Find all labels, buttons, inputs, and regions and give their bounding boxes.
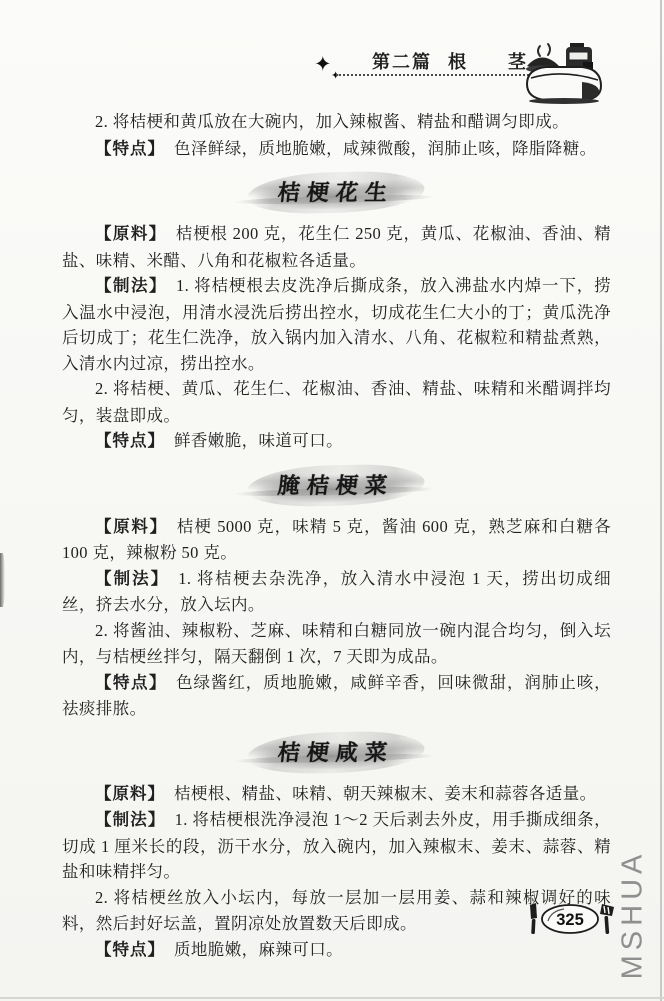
method-step-paragraph: 2. 将酱油、辣椒粉、芝麻、味精和白糖同放一碗内混合均匀，倒入坛内，与桔梗丝拌匀… [62, 618, 611, 670]
paragraph-text: 色泽鲜绿，质地脆嫩，咸辣微酸，润肺止咳，降脂降糖。 [174, 139, 597, 158]
method-paragraph: 【制法】1. 将桔梗去杂洗净，放入清水中浸泡 1 天，捞出切成细丝，挤去水分，放… [62, 566, 611, 618]
ingredients-paragraph: 【原料】桔梗根、精盐、味精、朝天辣椒末、姜末和蒜蓉各适量。 [62, 781, 611, 808]
recipe-title: 桔梗咸菜 [277, 736, 396, 767]
paragraph-label: 【特点】 [95, 432, 165, 450]
paragraph-label: 【特点】 [95, 140, 165, 158]
paragraph-text: 质地脆嫩，麻辣可口。 [174, 940, 343, 959]
paragraph-text: 桔梗根、精盐、味精、朝天辣椒末、姜末和蒜蓉各适量。 [174, 784, 597, 803]
steam-icon [538, 44, 550, 56]
method-paragraph: 【制法】1. 将桔梗根去皮洗净后撕成条，放入沸盐水内焯一下，捞入温水中浸泡，用清… [62, 273, 611, 376]
plate-oval: 325 [542, 905, 598, 933]
dotted-rule [336, 74, 548, 76]
paragraph-label: 【特点】 [95, 941, 165, 959]
book-page: ✦ ✦ 第二篇根 茎 [0, 0, 664, 1001]
intro-feature-paragraph: 【特点】色泽鲜绿，质地脆嫩，咸辣微酸，润肺止咳，降脂降糖。 [62, 136, 611, 163]
chapter-title: 根 茎 [448, 52, 528, 72]
watermark-text: MSHUA [617, 848, 650, 982]
part-title: 第二篇 [372, 52, 432, 72]
paragraph-label: 【原料】 [95, 518, 168, 536]
feature-paragraph: 【特点】鲜香嫩脆，味道可口。 [62, 428, 611, 455]
fork-icon [600, 904, 614, 934]
paragraph-label: 【原料】 [95, 225, 167, 243]
scan-edge-bottom [0, 997, 664, 999]
knife-icon [530, 903, 537, 934]
sparkle-icon: ✦ [314, 52, 332, 76]
food-illustration [520, 42, 614, 106]
recipe-section-header: 桔梗咸菜 [248, 732, 424, 773]
paragraph-label: 【制法】 [95, 277, 167, 295]
scan-edge-right [660, 0, 662, 1001]
recipe-title: 桔梗花生 [277, 176, 396, 207]
paragraph-label: 【特点】 [95, 674, 167, 692]
page-number: 325 [556, 911, 584, 929]
intro-step-paragraph: 2. 将桔梗和黄瓜放在大碗内，加入辣椒酱、精盐和醋调匀即成。 [62, 109, 611, 136]
recipe-section-header: 腌桔梗菜 [248, 465, 424, 506]
paragraph-text: 2. 将酱油、辣椒粉、芝麻、味精和白糖同放一碗内混合均匀，倒入坛内，与桔梗丝拌匀… [62, 621, 611, 667]
chapter-heading: 第二篇根 茎 [352, 48, 548, 74]
feature-paragraph: 【特点】色绿酱红，质地脆嫩，咸鲜辛香，回味微甜，润肺止咳，祛痰排脓。 [62, 670, 611, 722]
pot-icon [527, 67, 601, 104]
paragraph-label: 【原料】 [95, 785, 165, 803]
page-content: 2. 将桔梗和黄瓜放在大碗内，加入辣椒酱、精盐和醋调匀即成。 【特点】色泽鲜绿，… [62, 109, 611, 963]
paragraph-label: 【制法】 [95, 570, 169, 588]
paragraph-text: 2. 将桔梗和黄瓜放在大碗内，加入辣椒酱、精盐和醋调匀即成。 [95, 112, 569, 131]
paragraph-text: 鲜香嫩脆，味道可口。 [174, 431, 343, 450]
ingredients-paragraph: 【原料】桔梗 5000 克，味精 5 克，酱油 600 克，熟芝麻和白糖各 10… [62, 514, 611, 566]
method-step-paragraph: 2. 将桔梗、黄瓜、花生仁、花椒油、香油、精盐、味精和米醋调拌均匀，装盘即成。 [62, 376, 611, 428]
paragraph-label: 【制法】 [95, 811, 166, 829]
page-header: ✦ ✦ 第二篇根 茎 [0, 50, 664, 112]
paragraph-text: 2. 将桔梗、黄瓜、花生仁、花椒油、香油、精盐、味精和米醋调拌均匀，装盘即成。 [62, 379, 611, 425]
recipe-title: 腌桔梗菜 [277, 469, 396, 500]
ingredients-paragraph: 【原料】桔梗根 200 克，花生仁 250 克，黄瓜、花椒油、香油、精盐、味精、… [62, 221, 611, 273]
recipe-section-header: 桔梗花生 [248, 172, 424, 213]
method-paragraph: 【制法】1. 将桔梗根洗净浸泡 1～2 天后剥去外皮，用手撕成细条，切成 1 厘… [62, 807, 611, 885]
scan-smudge [0, 553, 5, 607]
page-number-ornament: 325 [518, 900, 622, 942]
